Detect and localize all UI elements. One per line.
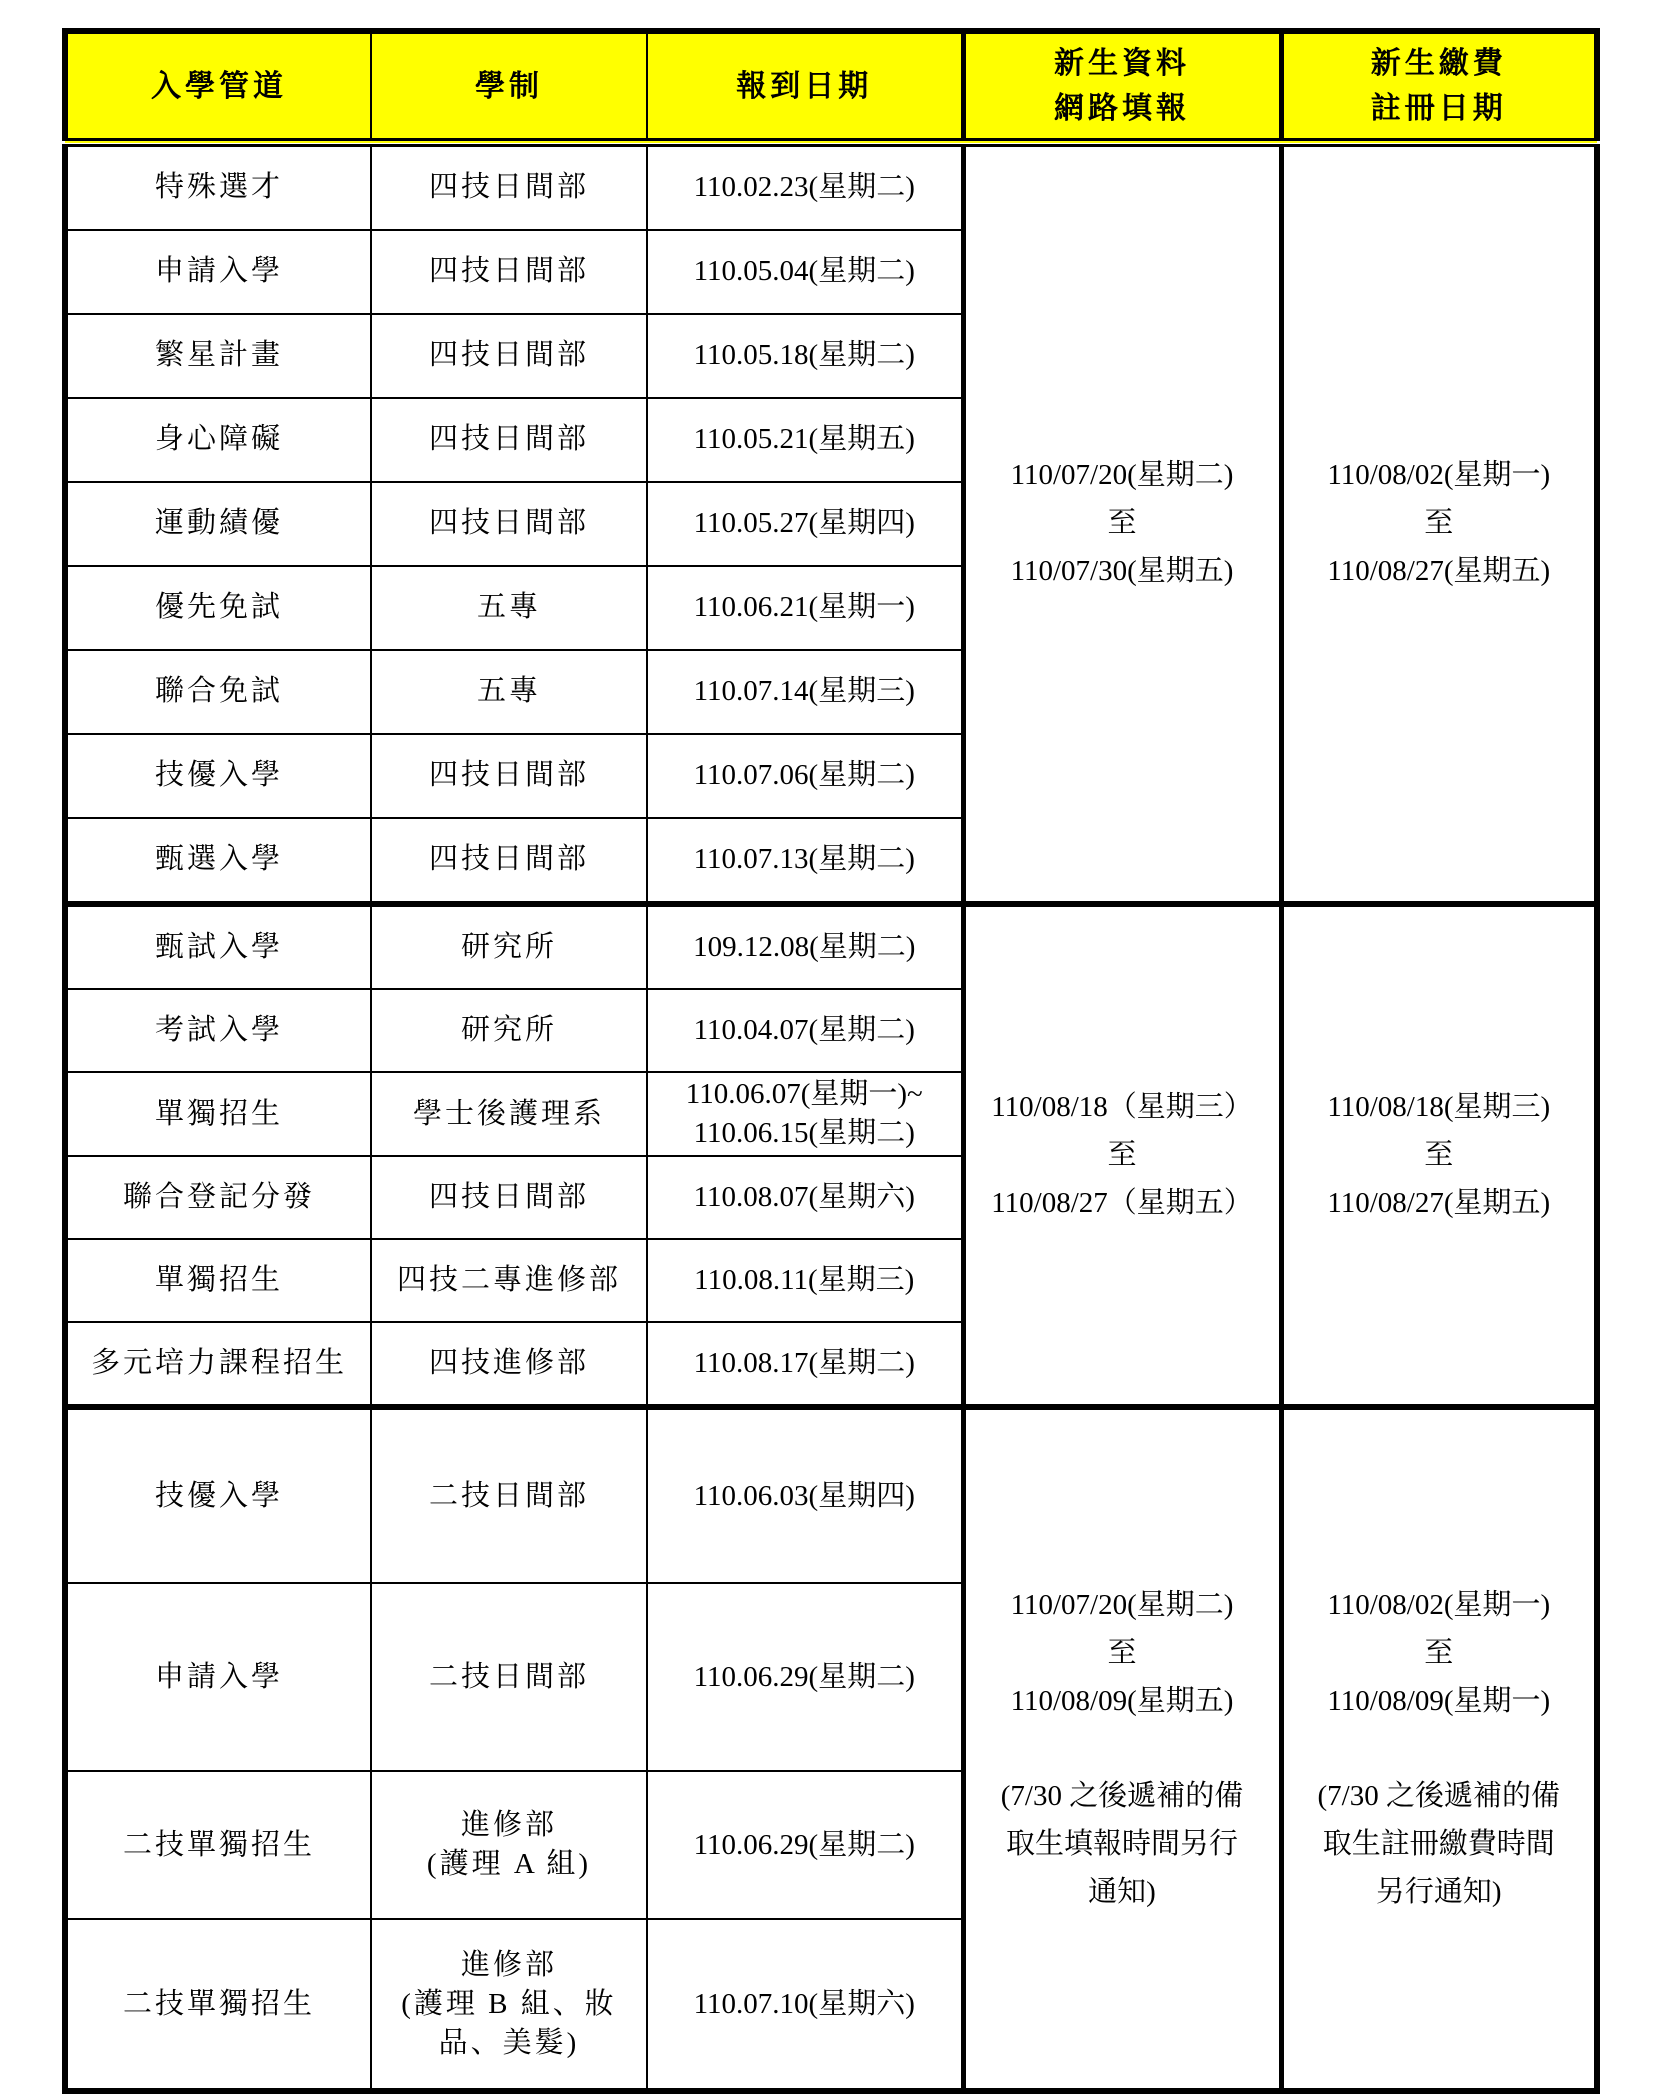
cell-report-date: 109.12.08(星期二): [647, 904, 963, 989]
cell-academic-system: 二技日間部: [371, 1583, 647, 1771]
cell-academic-system: 進修部 (護理 A 組): [371, 1771, 647, 1919]
cell-academic-system: 四技日間部: [371, 734, 647, 818]
cell-admission-channel: 甄選入學: [65, 818, 371, 904]
cell-payment-registration-period-2: 110/08/18(星期三) 至 110/08/27(星期五): [1281, 904, 1597, 1407]
cell-report-date: 110.06.07(星期一)~ 110.06.15(星期二): [647, 1072, 963, 1156]
table-row: 特殊選才 四技日間部 110.02.23(星期二) 110/07/20(星期二)…: [65, 143, 1597, 231]
cell-admission-channel: 特殊選才: [65, 143, 371, 231]
cell-academic-system: 五專: [371, 566, 647, 650]
cell-admission-channel: 聯合登記分發: [65, 1156, 371, 1239]
cell-online-filling-period-2: 110/08/18（星期三） 至 110/08/27（星期五）: [963, 904, 1281, 1407]
cell-academic-system: 四技日間部: [371, 230, 647, 314]
cell-academic-system: 四技日間部: [371, 314, 647, 398]
cell-report-date: 110.07.13(星期二): [647, 818, 963, 904]
cell-academic-system: 二技日間部: [371, 1407, 647, 1583]
cell-admission-channel: 優先免試: [65, 566, 371, 650]
cell-admission-channel: 運動績優: [65, 482, 371, 566]
cell-report-date: 110.02.23(星期二): [647, 143, 963, 231]
cell-report-date: 110.07.06(星期二): [647, 734, 963, 818]
cell-admission-channel: 申請入學: [65, 1583, 371, 1771]
cell-admission-channel: 技優入學: [65, 1407, 371, 1583]
cell-admission-channel: 單獨招生: [65, 1239, 371, 1322]
cell-payment-registration-period-3: 110/08/02(星期一) 至 110/08/09(星期一) (7/30 之後…: [1281, 1407, 1597, 2091]
cell-report-date: 110.06.03(星期四): [647, 1407, 963, 1583]
scanned-document-sheet: 入學管道 學制 報到日期 新生資料 網路填報 新生繳費 註冊日期 特殊選才 四技…: [62, 28, 1600, 2094]
cell-admission-channel: 二技單獨招生: [65, 1771, 371, 1919]
header-online-filling: 新生資料 網路填報: [963, 31, 1281, 143]
cell-academic-system: 四技日間部: [371, 818, 647, 904]
cell-admission-channel: 身心障礙: [65, 398, 371, 482]
cell-report-date: 110.06.21(星期一): [647, 566, 963, 650]
cell-report-date: 110.05.04(星期二): [647, 230, 963, 314]
cell-payment-registration-period-1: 110/08/02(星期一) 至 110/08/27(星期五): [1281, 143, 1597, 905]
cell-report-date: 110.07.10(星期六): [647, 1919, 963, 2091]
cell-online-filling-period-3: 110/07/20(星期二) 至 110/08/09(星期五) (7/30 之後…: [963, 1407, 1281, 2091]
cell-academic-system: 五專: [371, 650, 647, 734]
header-academic-system: 學制: [371, 31, 647, 143]
cell-report-date: 110.08.17(星期二): [647, 1322, 963, 1407]
cell-admission-channel: 繁星計畫: [65, 314, 371, 398]
cell-report-date: 110.07.14(星期三): [647, 650, 963, 734]
cell-academic-system: 四技日間部: [371, 482, 647, 566]
cell-academic-system: 學士後護理系: [371, 1072, 647, 1156]
cell-admission-channel: 二技單獨招生: [65, 1919, 371, 2091]
cell-admission-channel: 申請入學: [65, 230, 371, 314]
cell-admission-channel: 聯合免試: [65, 650, 371, 734]
cell-report-date: 110.08.11(星期三): [647, 1239, 963, 1322]
cell-admission-channel: 多元培力課程招生: [65, 1322, 371, 1407]
cell-report-date: 110.05.21(星期五): [647, 398, 963, 482]
cell-report-date: 110.05.18(星期二): [647, 314, 963, 398]
cell-online-filling-period-1: 110/07/20(星期二) 至 110/07/30(星期五): [963, 143, 1281, 905]
enrollment-schedule-table: 入學管道 學制 報到日期 新生資料 網路填報 新生繳費 註冊日期 特殊選才 四技…: [62, 28, 1600, 2094]
cell-academic-system: 研究所: [371, 989, 647, 1072]
table-row: 技優入學 二技日間部 110.06.03(星期四) 110/07/20(星期二)…: [65, 1407, 1597, 1583]
header-row: 入學管道 學制 報到日期 新生資料 網路填報 新生繳費 註冊日期: [65, 31, 1597, 143]
cell-admission-channel: 技優入學: [65, 734, 371, 818]
cell-admission-channel: 甄試入學: [65, 904, 371, 989]
table-row: 甄試入學 研究所 109.12.08(星期二) 110/08/18（星期三） 至…: [65, 904, 1597, 989]
header-report-date: 報到日期: [647, 31, 963, 143]
cell-admission-channel: 考試入學: [65, 989, 371, 1072]
cell-academic-system: 研究所: [371, 904, 647, 989]
header-payment-registration: 新生繳費 註冊日期: [1281, 31, 1597, 143]
cell-report-date: 110.06.29(星期二): [647, 1583, 963, 1771]
cell-academic-system: 四技日間部: [371, 1156, 647, 1239]
cell-admission-channel: 單獨招生: [65, 1072, 371, 1156]
cell-report-date: 110.05.27(星期四): [647, 482, 963, 566]
cell-academic-system: 四技日間部: [371, 398, 647, 482]
cell-academic-system: 四技二專進修部: [371, 1239, 647, 1322]
cell-academic-system: 進修部 (護理 B 組、妝 品、美髮): [371, 1919, 647, 2091]
cell-academic-system: 四技日間部: [371, 143, 647, 231]
header-admission-channel: 入學管道: [65, 31, 371, 143]
cell-academic-system: 四技進修部: [371, 1322, 647, 1407]
cell-report-date: 110.08.07(星期六): [647, 1156, 963, 1239]
cell-report-date: 110.06.29(星期二): [647, 1771, 963, 1919]
cell-report-date: 110.04.07(星期二): [647, 989, 963, 1072]
